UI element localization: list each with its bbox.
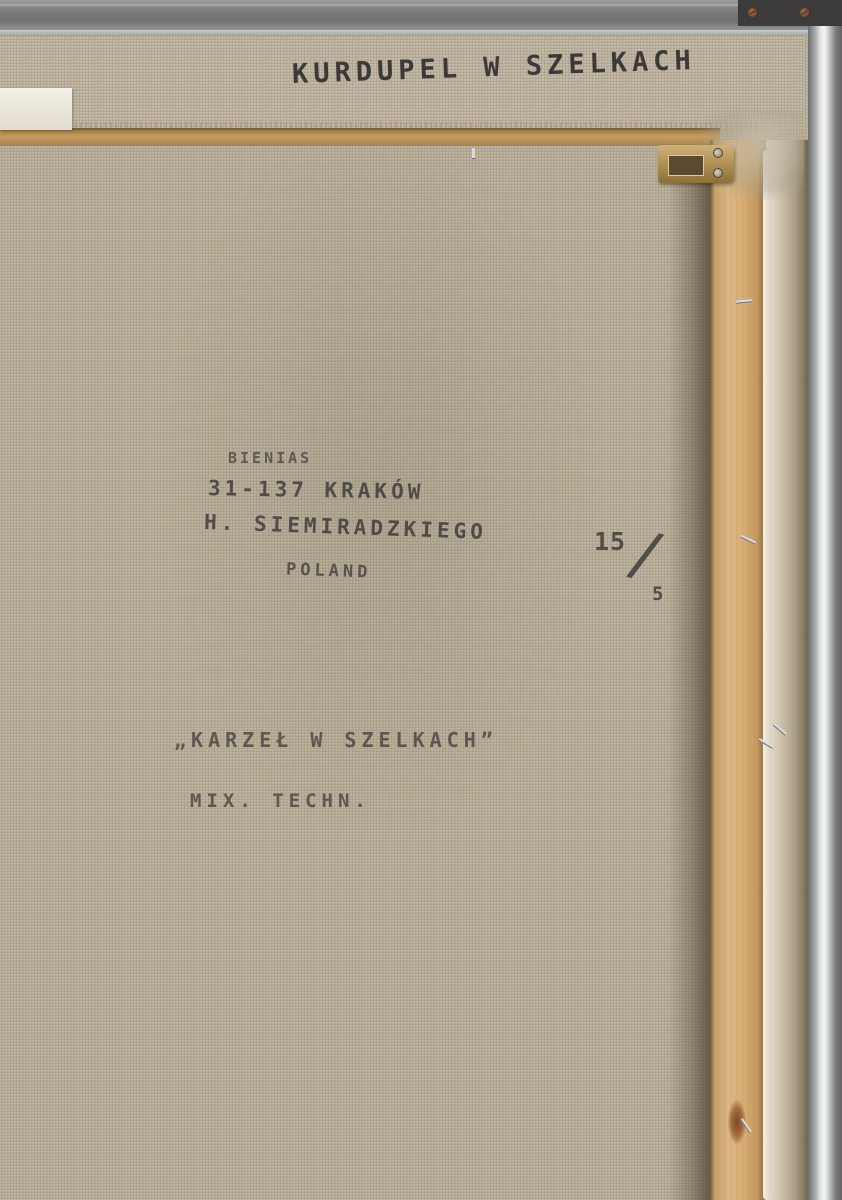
wrapped-linen-side <box>766 140 808 1200</box>
inscription-apartment-number: 5 <box>652 583 663 605</box>
aluminium-frame-right-rail <box>808 26 842 1200</box>
paper-tape-remnant <box>0 88 72 130</box>
linen-raw-edge <box>763 150 771 1200</box>
stretcher-bar-top <box>0 128 720 146</box>
inscription-house-number: 15 <box>594 527 626 556</box>
inscription-medium: MIX. TECHN. <box>190 790 371 812</box>
screw-icon <box>748 8 757 17</box>
hanger-slot <box>668 155 704 176</box>
hanger-screw-icon <box>713 148 723 158</box>
inscription-artist-name: BIENIAS <box>228 449 312 467</box>
staple-icon <box>472 148 475 159</box>
stretcher-shadow <box>668 145 712 1200</box>
inscription-country: POLAND <box>286 560 372 583</box>
inscription-work-title: „KARZEŁ W SZELKACH” <box>174 728 498 752</box>
inscription-postal-city: 31-137 KRAKÓW <box>208 476 425 504</box>
hanger-screw-icon <box>713 168 723 178</box>
screw-icon <box>800 8 809 17</box>
wood-grain <box>718 140 762 1200</box>
